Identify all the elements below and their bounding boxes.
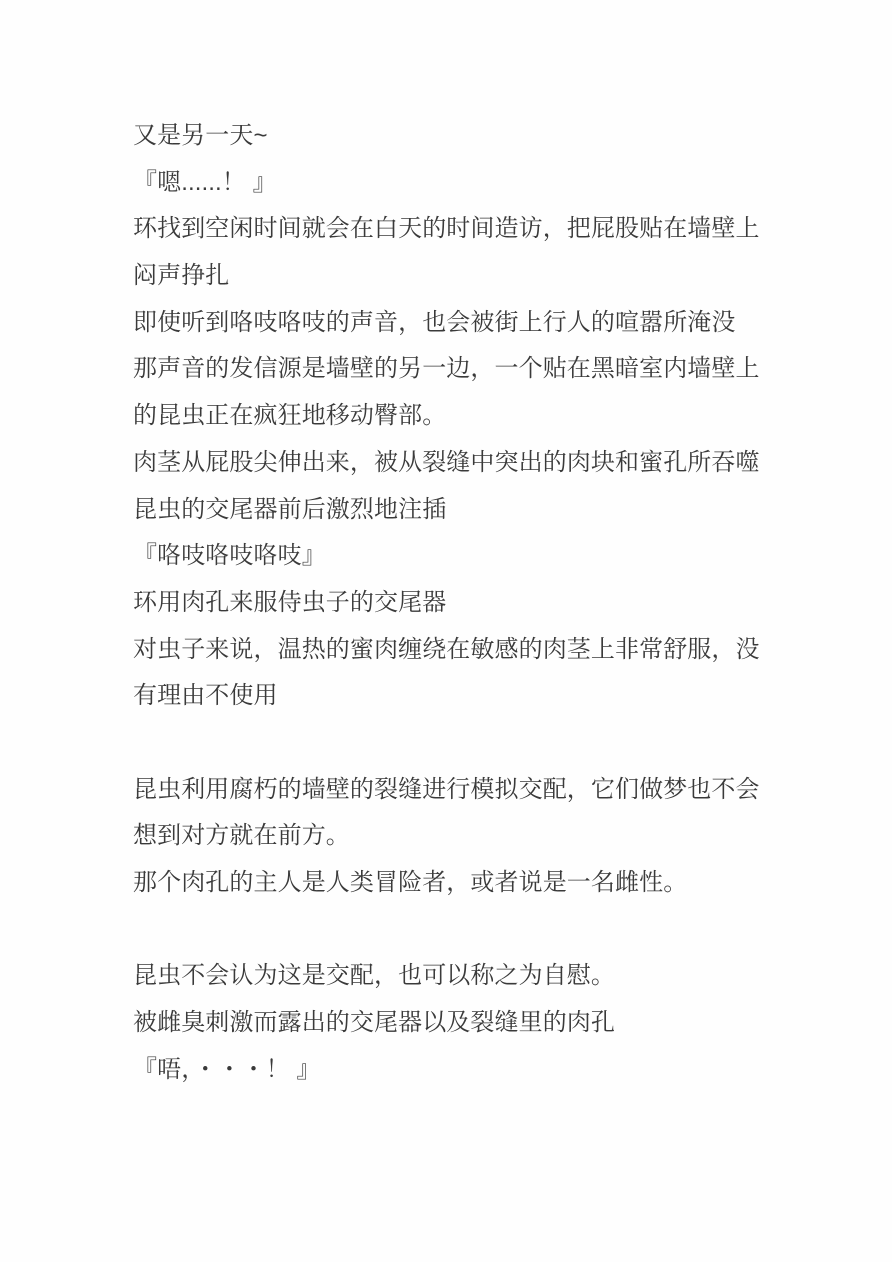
- reader-page: 又是另一天~ 『嗯......！ 』 环找到空闲时间就会在白天的时间造访，把屁股…: [0, 0, 892, 1262]
- text-line: 环用肉孔来服侍虫子的交尾器: [133, 580, 793, 627]
- text-line: 又是另一天~: [133, 113, 793, 160]
- text-line: 对虫子来说，温热的蜜肉缠绕在敏感的肉茎上非常舒服，没: [133, 627, 793, 674]
- text-line: 『唔，・・・！ 』: [133, 1047, 793, 1094]
- text-line: 昆虫利用腐朽的墙壁的裂缝进行模拟交配，它们做梦也不会: [133, 767, 793, 814]
- text-line: 那个肉孔的主人是人类冒险者，或者说是一名雌性。: [133, 860, 793, 907]
- text-line: 『咯吱咯吱咯吱』: [133, 533, 793, 580]
- text-line: 想到对方就在前方。: [133, 813, 793, 860]
- text-content: 又是另一天~ 『嗯......！ 』 环找到空闲时间就会在白天的时间造访，把屁股…: [133, 113, 793, 1093]
- text-line: 环找到空闲时间就会在白天的时间造访，把屁股贴在墙壁上: [133, 206, 793, 253]
- text-line-blank: [133, 720, 793, 767]
- text-line: 肉茎从屁股尖伸出来，被从裂缝中突出的肉块和蜜孔所吞噬: [133, 440, 793, 487]
- text-line: 有理由不使用: [133, 673, 793, 720]
- text-line: 即使听到咯吱咯吱的声音，也会被街上行人的喧嚣所淹没: [133, 300, 793, 347]
- text-line: 『嗯......！ 』: [133, 160, 793, 207]
- text-line: 闷声挣扎: [133, 253, 793, 300]
- text-line: 昆虫不会认为这是交配，也可以称之为自慰。: [133, 953, 793, 1000]
- text-line: 那声音的发信源是墙壁的另一边，一个贴在黑暗室内墙壁上: [133, 346, 793, 393]
- text-line: 的昆虫正在疯狂地移动臀部。: [133, 393, 793, 440]
- text-line: 被雌臭刺激而露出的交尾器以及裂缝里的肉孔: [133, 1000, 793, 1047]
- text-line: 昆虫的交尾器前后激烈地注插: [133, 487, 793, 534]
- text-line-blank: [133, 907, 793, 954]
